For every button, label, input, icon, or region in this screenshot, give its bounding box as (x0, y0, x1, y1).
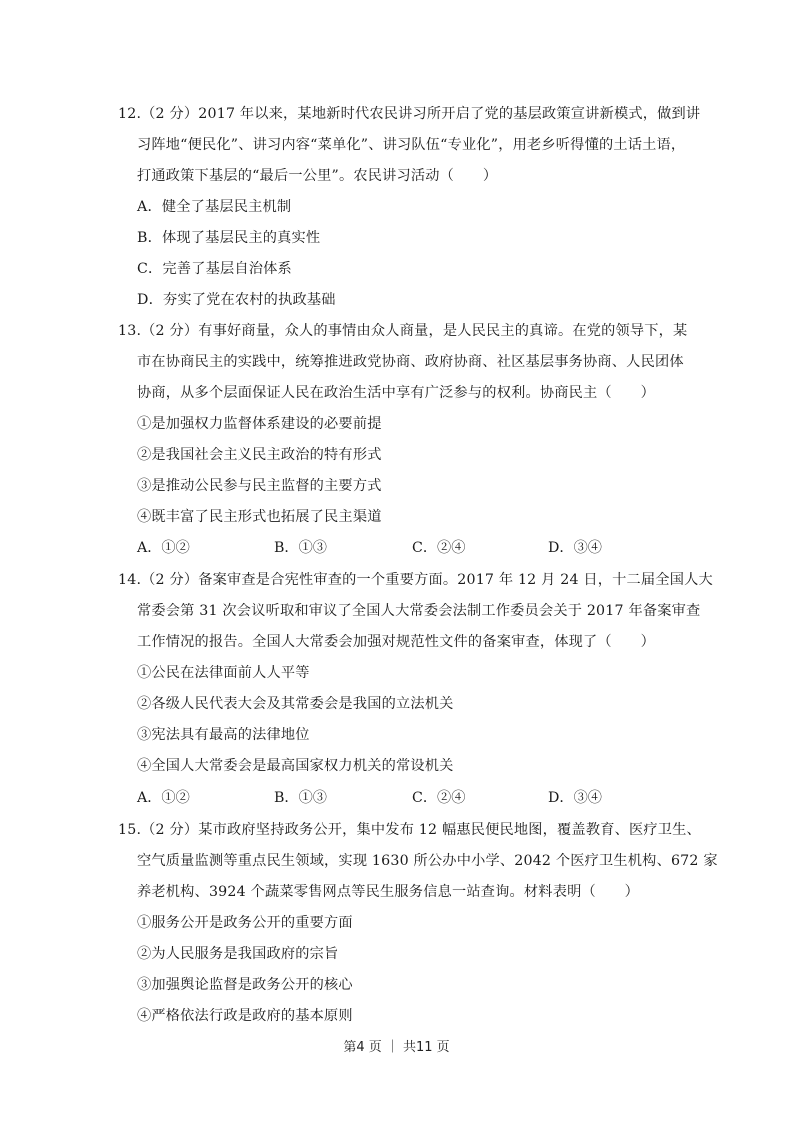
choice-b: B．①③ (274, 538, 327, 558)
statement-4: ④全国人大常委会是最高国家权力机关的常设机关 (137, 756, 454, 776)
choice-c: C．②④ (412, 538, 465, 558)
question-stem-line: 15.（2 分）某市政府坚持政务公开，集中发布 12 幅惠民便民地图，覆盖教育、… (118, 820, 701, 840)
choice-row: A．①② B．①③ C．②④ D．③④ (137, 788, 697, 808)
choice-d: D．③④ (548, 788, 602, 808)
statement-1: ①公民在法律面前人人平等 (137, 663, 310, 683)
choice-a: A．①② (137, 788, 190, 808)
statement-3: ③是推动公民参与民主监督的主要方式 (137, 476, 382, 496)
question-stem-line: 12.（2 分）2017 年以来，某地新时代农民讲习所开启了党的基层政策宣讲新模… (118, 104, 700, 124)
statement-2: ②是我国社会主义民主政治的特有形式 (137, 445, 382, 465)
page-footer: 第4 页 ｜ 共11 页 (0, 1036, 793, 1055)
statement-3: ③宪法具有最高的法律地位 (137, 725, 310, 745)
choice-c: C．②④ (412, 788, 465, 808)
option-c: C．完善了基层自治体系 (137, 259, 292, 279)
statement-4: ④既丰富了民主形式也拓展了民主渠道 (137, 507, 382, 527)
choice-b: B．①③ (274, 788, 327, 808)
choice-d: D．③④ (548, 538, 602, 558)
statement-4: ④严格依法行政是政府的基本原则 (137, 1006, 353, 1026)
choice-a: A．①② (137, 538, 190, 558)
statement-2: ②各级人民代表大会及其常委会是我国的立法机关 (137, 694, 454, 714)
option-d: D．夯实了党在农村的执政基础 (137, 290, 336, 310)
question-stem-line: 养老机构、3924 个蔬菜零售网点等民生服务信息一站查询。材料表明（ ） (137, 882, 639, 902)
question-stem-line: 常委会第 31 次会议听取和审议了全国人大常委会法制工作委员会关于 2017 年… (137, 601, 700, 621)
question-stem-line: 打通政策下基层的“最后一公里”。农民讲习活动（ ） (137, 166, 497, 186)
question-stem-line: 14.（2 分）备案审查是合宪性审查的一个重要方面。2017 年 12 月 24… (118, 570, 713, 590)
choice-row: A．①② B．①③ C．②④ D．③④ (137, 538, 697, 558)
statement-2: ②为人民服务是我国政府的宗旨 (137, 944, 338, 964)
question-stem-line: 协商，从多个层面保证人民在政治生活中享有广泛参与的权利。协商民主（ ） (137, 383, 655, 403)
question-stem-line: 工作情况的报告。全国人大常委会加强对规范性文件的备案审查，体现了（ ） (137, 632, 655, 652)
question-stem-line: 空气质量监测等重点民生领域，实现 1630 所公办中小学、2042 个医疗卫生机… (137, 851, 718, 871)
statement-1: ①是加强权力监督体系建设的必要前提 (137, 414, 382, 434)
question-stem-line: 13.（2 分）有事好商量，众人的事情由众人商量，是人民民主的真谛。在党的领导下… (118, 321, 687, 341)
question-stem-line: 习阵地“便民化”、讲习内容“菜单化”、讲习队伍“专业化”，用老乡听得懂的土话土语… (137, 135, 685, 155)
statement-1: ①服务公开是政务公开的重要方面 (137, 913, 353, 933)
exam-page: 12.（2 分）2017 年以来，某地新时代农民讲习所开启了党的基层政策宣讲新模… (0, 0, 793, 1122)
statement-3: ③加强舆论监督是政务公开的核心 (137, 975, 353, 995)
question-stem-line: 市在协商民主的实践中，统筹推进政党协商、政府协商、社区基层事务协商、人民团体 (137, 352, 684, 372)
option-a: A．健全了基层民主机制 (137, 197, 291, 217)
option-b: B．体现了基层民主的真实性 (137, 228, 320, 248)
